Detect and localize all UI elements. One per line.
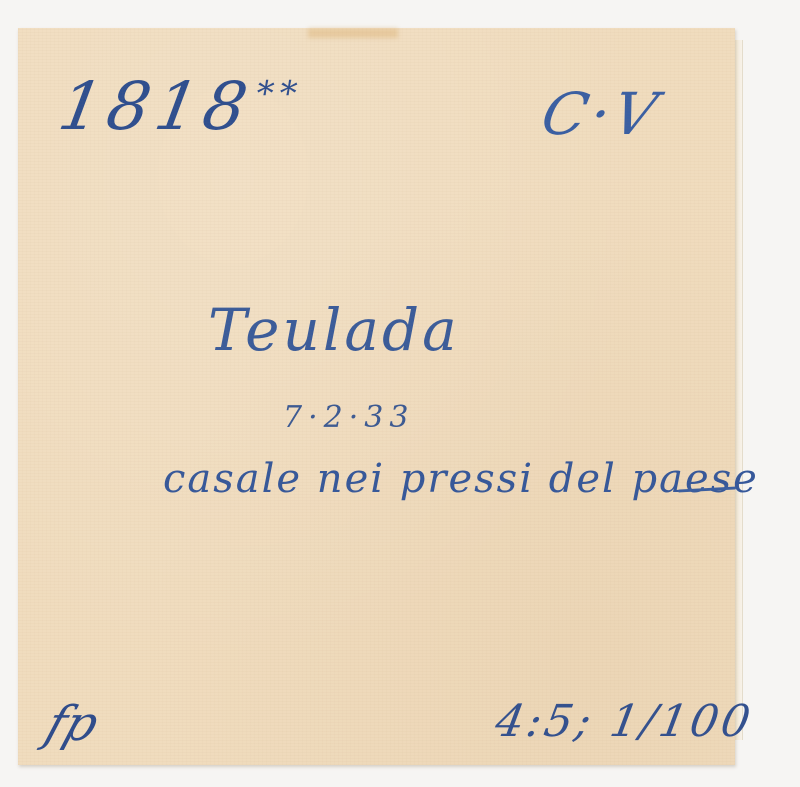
habitat-description: casale nei pressi del paese — [163, 456, 759, 502]
collection-date: 7·2·33 — [283, 400, 414, 435]
collector-code: C·V — [536, 80, 667, 148]
locality-name: Teulada — [208, 296, 460, 364]
herbarium-label-card: 1818** C·V Teulada 7·2·33 casale nei pre… — [18, 28, 735, 765]
catalog-marks: ** — [253, 74, 306, 114]
catalog-number-value: 1818 — [53, 68, 259, 145]
catalog-number: 1818** — [53, 68, 307, 145]
paper-stain — [308, 28, 398, 38]
specimen-count: 4:5; 1/100 — [492, 696, 757, 747]
collector-initials: fp — [39, 696, 106, 752]
